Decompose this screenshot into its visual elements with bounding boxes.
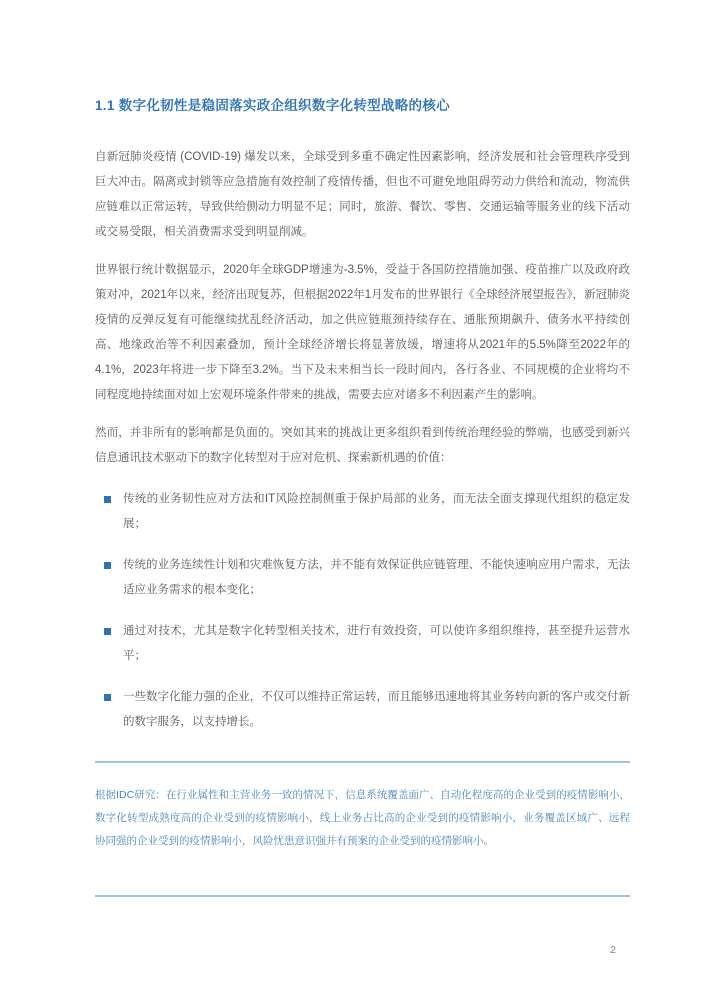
idc-research-footnote: 根据IDC研究：在行业属性和主营业务一致的情况下，信息系统覆盖面广、自动化程度高… xyxy=(95,784,630,853)
page-number: 2 xyxy=(610,944,616,956)
footnote-block: 根据IDC研究：在行业属性和主营业务一致的情况下，信息系统覆盖面广、自动化程度高… xyxy=(95,761,630,897)
paragraph-covid-impact: 自新冠肺炎疫情 (COVID-19) 爆发以来，全球受到多重不确定性因素影响，经… xyxy=(95,145,630,245)
bullet-list: 传统的业务韧性应对方法和IT风险控制侧重于保护局部的业务，而无法全面支撑现代组织… xyxy=(95,487,630,735)
list-item-text: 通过对技术，尤其是数字化转型相关技术，进行有效投资，可以使许多组织维持，甚至提升… xyxy=(123,625,630,662)
paragraph-world-bank-gdp: 世界银行统计数据显示，2020年全球GDP增速为-3.5%，受益于各国防控措施加… xyxy=(95,258,630,408)
list-item: 通过对技术，尤其是数字化转型相关技术，进行有效投资，可以使许多组织维持，甚至提升… xyxy=(95,619,630,669)
list-item: 传统的业务连续性计划和灾难恢复方法，并不能有效保证供应链管理、不能快速响应用户需… xyxy=(95,553,630,603)
bullet-square-icon xyxy=(104,694,111,701)
bullet-square-icon xyxy=(104,562,111,569)
document-page: 1.1 数字化韧性是稳固落实政企组织数字化转型战略的核心 自新冠肺炎疫情 (CO… xyxy=(0,0,710,1004)
bullet-square-icon xyxy=(104,496,111,503)
list-item: 一些数字化能力强的企业，不仅可以维持正常运转，而且能够迅速地将其业务转向新的客户… xyxy=(95,685,630,735)
list-item-text: 传统的业务连续性计划和灾难恢复方法，并不能有效保证供应链管理、不能快速响应用户需… xyxy=(123,559,630,596)
section-heading: 1.1 数字化韧性是稳固落实政企组织数字化转型战略的核心 xyxy=(95,97,630,115)
page-content: 1.1 数字化韧性是稳固落实政企组织数字化转型战略的核心 自新冠肺炎疫情 (CO… xyxy=(95,0,630,897)
paragraph-digital-transformation-value: 然而，并非所有的影响都是负面的。突如其来的挑战让更多组织看到传统治理经验的弊端，… xyxy=(95,421,630,471)
bullet-square-icon xyxy=(104,628,111,635)
list-item-text: 传统的业务韧性应对方法和IT风险控制侧重于保护局部的业务，而无法全面支撑现代组织… xyxy=(123,493,630,530)
list-item: 传统的业务韧性应对方法和IT风险控制侧重于保护局部的业务，而无法全面支撑现代组织… xyxy=(95,487,630,537)
list-item-text: 一些数字化能力强的企业，不仅可以维持正常运转，而且能够迅速地将其业务转向新的客户… xyxy=(123,691,630,728)
